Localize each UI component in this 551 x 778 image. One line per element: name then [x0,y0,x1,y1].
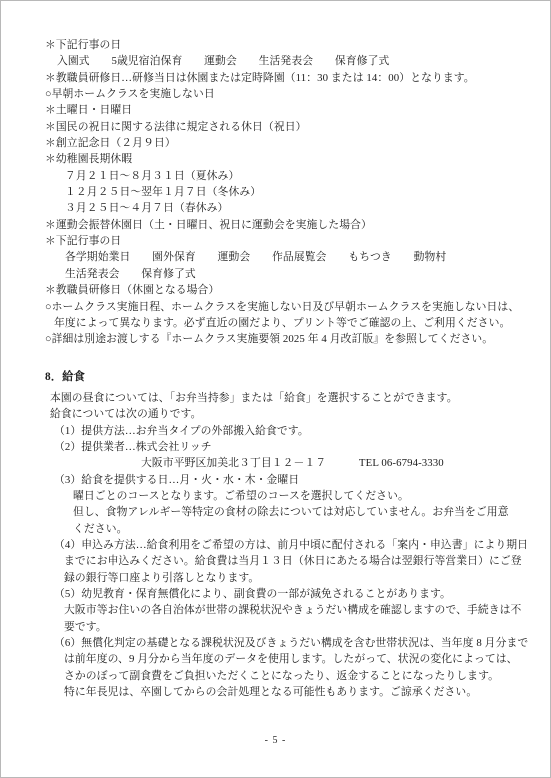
text-line: 年度によって異なります。必ず直近の園だより、プリント等でご確認の上、ご利用くださ… [54,315,534,331]
text-line: さかのぼって副食費をご負担いただくことになったり、返金することになったりします。 [64,668,534,684]
text-line: 各学期始業日 園外保育 運動会 作品展覧会 もちつき 動物村 [65,249,534,265]
text-line: １２月２５日～翌年１月７日（冬休み） [65,184,534,200]
text-line: 本園の昼食については、「お弁当持参」または「給食」を選択することができます。 [50,390,534,406]
text-line: 大阪市平野区加美北３丁目１２－１７ TEL 06-6794-3330 [141,455,534,471]
meal-section: 8．給食 本園の昼食については、「お弁当持参」または「給食」を選択することができ… [45,369,534,701]
text-line: （2）提供業者…株式会社リッチ [54,439,534,455]
text-line: 入園式 5歳児宿泊保育 運動会 生活発表会 保育修了式 [57,53,534,69]
text-line: 要です。 [64,619,534,635]
document-content: ＊下記行事の日 入園式 5歳児宿泊保育 運動会 生活発表会 保育修了式 ＊教職員… [45,37,534,700]
text-line: ＊国民の祝日に関する法律に規定される休日（祝日） [45,119,534,135]
text-line: ７月２１日～８月３１日（夏休み） [65,168,534,184]
text-line: （3）給食を提供する日…月・火・水・木・金曜日 [54,472,534,488]
text-line: ＊教職員研修日…研修当日は休園または定時降園（11：30 または 14：00）と… [45,70,534,86]
text-line: は前年度の、9 月分から当年度のデータを使用します。したがって、状況の変化によっ… [64,651,534,667]
text-line: （1）提供方法…お弁当タイプの外部搬入給食です。 [54,423,534,439]
text-line: 生活発表会 保育修了式 [65,266,534,282]
section-heading: 8．給食 [45,369,534,385]
text-line: 大阪市等お住いの各自治体が世帯の課税状況やきょうだい構成を確認しますので、手続き… [64,602,534,618]
text-line: ３月２５日～４月７日（春休み） [65,200,534,216]
text-line: ＊下記行事の日 [45,233,534,249]
document-page: ＊下記行事の日 入園式 5歳児宿泊保育 運動会 生活発表会 保育修了式 ＊教職員… [0,0,551,778]
text-line: ください。 [73,521,534,537]
text-line: （5）幼児教育・保育無償化により、副食費の一部が減免されることがあります。 [54,586,534,602]
text-line: ＊土曜日・日曜日 [45,102,534,118]
text-line: ＊創立記念日（２月９日） [45,135,534,151]
text-line: 但し、食物アレルギー等特定の食材の除去については対応していません。お弁当をご用意 [73,504,534,520]
text-line: 特に年長児は、卒園してからの会計処理となる可能性もあります。ご諒承ください。 [64,684,534,700]
text-line: （6）無償化判定の基礎となる課税状況及びきょうだい構成を含む世帯状況は、当年度 … [54,635,534,651]
text-line: 曜日ごとのコースとなります。ご希望のコースを選択してください。 [73,488,534,504]
text-line: ○ホームクラス実施日程、ホームクラスを実施しない日及び早朝ホームクラスを実施しな… [45,299,534,315]
text-line: ＊幼稚園長期休暇 [45,151,534,167]
page-number: - 5 - [1,735,550,746]
text-line: ＊運動会振替休園日（土・日曜日、祝日に運動会を実施した場合） [45,217,534,233]
text-line: 録の銀行等口座より引落しとなります。 [64,570,534,586]
closure-days-section: ＊下記行事の日 入園式 5歳児宿泊保育 運動会 生活発表会 保育修了式 ＊教職員… [45,37,534,348]
text-line: ○詳細は別途お渡しする『ホームクラス実施要領 2025 年 4 月改訂版』を参照… [45,331,534,347]
text-line: （4）申込み方法…給食利用をご希望の方は、前月中頃に配付される「案内・申込書」に… [54,537,534,553]
text-line: までにお申込みください。給食費は当月１３日（休日にあたる場合は翌銀行等営業日）に… [64,553,534,569]
text-line: ＊教職員研修日（休園となる場合） [45,282,534,298]
text-line: ＊下記行事の日 [45,37,534,53]
text-line: ○早朝ホームクラスを実施しない日 [45,86,534,102]
text-line: 給食については次の通りです。 [50,406,534,422]
